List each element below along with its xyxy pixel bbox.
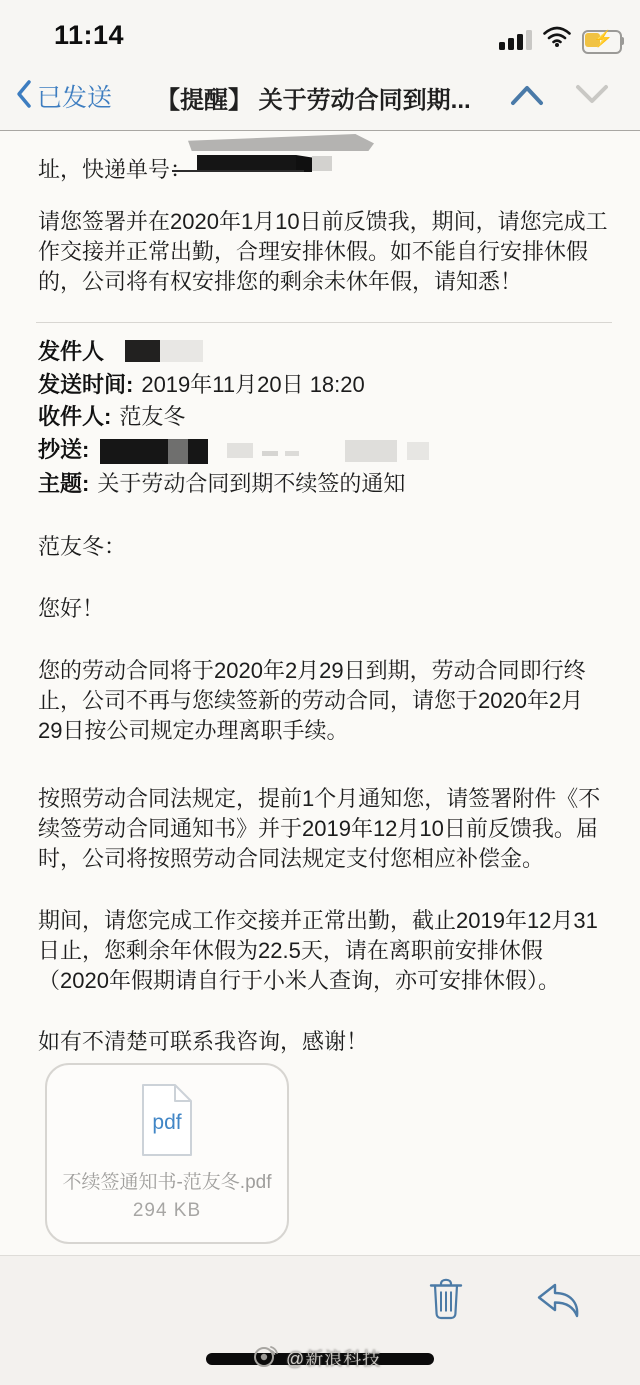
pdf-attachment-card[interactable]: pdf 不续签通知书-范友冬.pdf 294 KB: [45, 1063, 289, 1244]
greeting: 您好！: [38, 594, 613, 624]
redaction-cc-faint-5: [407, 442, 429, 460]
redaction-cc-names-notch: [168, 439, 188, 464]
redaction-sender-name: [125, 340, 160, 362]
intro-paragraph: 请您签署并在2020年1月10日前反馈我，期间，请您完成工 作交接并正常出勤，合…: [38, 207, 618, 297]
watermark: @新浪科技: [252, 1341, 381, 1374]
clock: 11:14: [54, 20, 124, 51]
salutation: 范友冬：: [38, 532, 613, 562]
redaction-sender-name-2: [160, 340, 203, 362]
redaction-underline: [172, 170, 304, 172]
body-paragraph-3: 期间，请您完成工作交接并正常出勤，截止2019年12月31 日止，您剩余年休假为…: [38, 906, 618, 996]
section-divider: [36, 322, 612, 323]
status-bar: 11:14 ⚡: [0, 0, 640, 60]
status-icons: ⚡: [499, 24, 624, 52]
meta-cc-row: 抄送:: [38, 437, 89, 463]
reply-arrow-icon: [535, 1307, 581, 1324]
redaction-cc-faint-1: [227, 443, 253, 458]
pdf-type-label: pdf: [138, 1111, 196, 1135]
redaction-cc-faint-3: [285, 451, 299, 456]
battery-charging-icon: ⚡: [582, 30, 624, 52]
attachment-size: 294 KB: [47, 1200, 287, 1222]
wifi-icon: [542, 24, 572, 52]
attachment-filename: 不续签通知书-范友冬.pdf: [47, 1167, 287, 1194]
back-button-label: 已发送: [37, 78, 112, 114]
body-paragraph-1: 您的劳动合同将于2020年2月29日到期，劳动合同即行终 止，公司不再与您续签新…: [38, 656, 618, 746]
meta-to-row: 收件人: 范友冬: [38, 404, 185, 430]
email-body-scroll-area[interactable]: 址，快递单号： 请您签署并在2020年1月10日前反馈我，期间，请您完成工 作交…: [0, 131, 640, 1255]
back-chevron-icon: [16, 79, 32, 114]
body-paragraph-2: 按照劳动合同法规定，提前1个月通知您，请签署附件《不 续签劳动合同通知书》并于2…: [38, 784, 618, 874]
trash-icon: [428, 1307, 464, 1324]
lightning-bolt-icon: ⚡: [593, 30, 613, 50]
back-button[interactable]: 已发送: [16, 78, 112, 114]
redaction-tracking-number-3: [312, 156, 332, 171]
previous-message-button[interactable]: [510, 84, 544, 111]
weibo-logo-icon: [252, 1341, 280, 1374]
redaction-cc-faint-4: [345, 440, 397, 462]
signal-strength-icon: [499, 28, 532, 52]
redaction-cc-faint-2: [262, 451, 278, 456]
meta-sent-row: 发送时间: 2019年11月20日 18:20: [38, 372, 365, 398]
redaction-smudge: [188, 134, 374, 151]
watermark-text: @新浪科技: [286, 1345, 381, 1371]
redaction-cc-names: [100, 439, 208, 464]
trash-button[interactable]: [428, 1278, 464, 1325]
recipient-name: 范友冬: [119, 404, 185, 430]
meta-subject-row: 主题: 关于劳动合同到期不续签的通知: [38, 471, 405, 497]
meta-from-row: 发件人: [38, 339, 104, 365]
reply-button[interactable]: [535, 1282, 581, 1325]
closing-line: 如有不清楚可联系我咨询，感谢！: [38, 1027, 613, 1057]
mail-app-screen: 11:14 ⚡: [0, 0, 640, 1385]
next-message-button[interactable]: [575, 83, 609, 110]
email-subject-title: 【提醒】 关于劳动合同到期...: [156, 80, 471, 115]
nav-bar: 已发送 【提醒】 关于劳动合同到期...: [0, 60, 640, 131]
pdf-file-icon: pdf: [138, 1083, 196, 1157]
